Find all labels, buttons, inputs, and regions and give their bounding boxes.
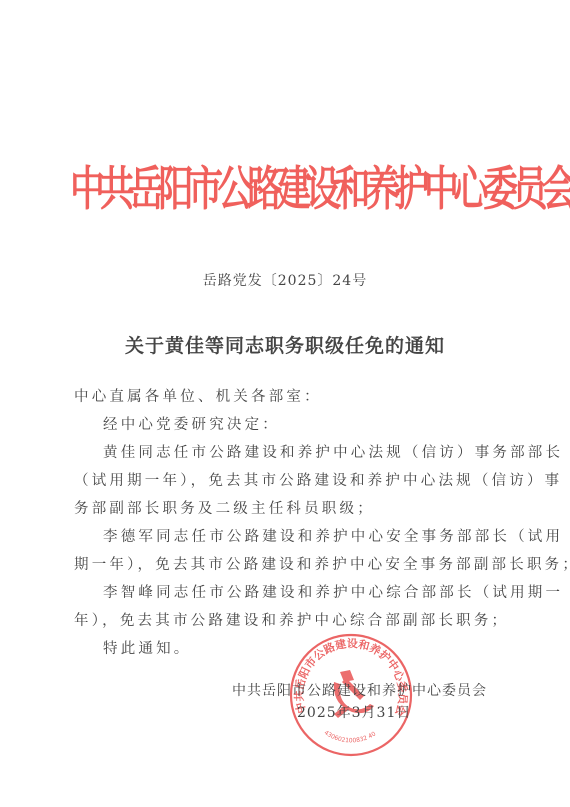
addressee: 中心直属各单位、机关各部室： — [74, 385, 322, 406]
svg-text:430602100832 40: 430602100832 40 — [323, 729, 378, 744]
body-line: 务部副部长职务及二级主任科员职级； — [74, 497, 375, 518]
body-line: 李德军同志任市公路建设和养护中心安全事务部部长（试用 — [103, 525, 563, 546]
document-number: 岳路党发〔2025〕24号 — [0, 270, 570, 290]
body-line: 经中心党委研究决定： — [103, 413, 280, 434]
signature-date: 2025年3月31日 — [297, 702, 411, 722]
body-line: 期一年），免去其市公路建设和养护中心安全事务部副部长职务； — [74, 553, 570, 574]
signer-organization: 中共岳阳市公路建设和养护中心委员会 — [232, 680, 487, 700]
document-page: 中共岳阳市公路建设和养护中心委员会文件 岳路党发〔2025〕24号 关于黄佳等同… — [0, 0, 570, 807]
red-header-title: 中共岳阳市公路建设和养护中心委员会文件 — [70, 150, 502, 231]
closing-line: 特此通知。 — [103, 637, 192, 658]
body-line: 黄佳同志任市公路建设和养护中心法规（信访）事务部部长 — [103, 441, 563, 462]
body-line: 年），免去其市公路建设和养护中心综合部副部长职务； — [74, 609, 509, 630]
body-line: 李智峰同志任市公路建设和养护中心综合部部长（试用期一 — [103, 581, 563, 602]
body-line: （试用期一年），免去其市公路建设和养护中心法规（信访）事 — [74, 469, 562, 490]
document-title: 关于黄佳等同志职务职级任免的通知 — [0, 331, 570, 358]
